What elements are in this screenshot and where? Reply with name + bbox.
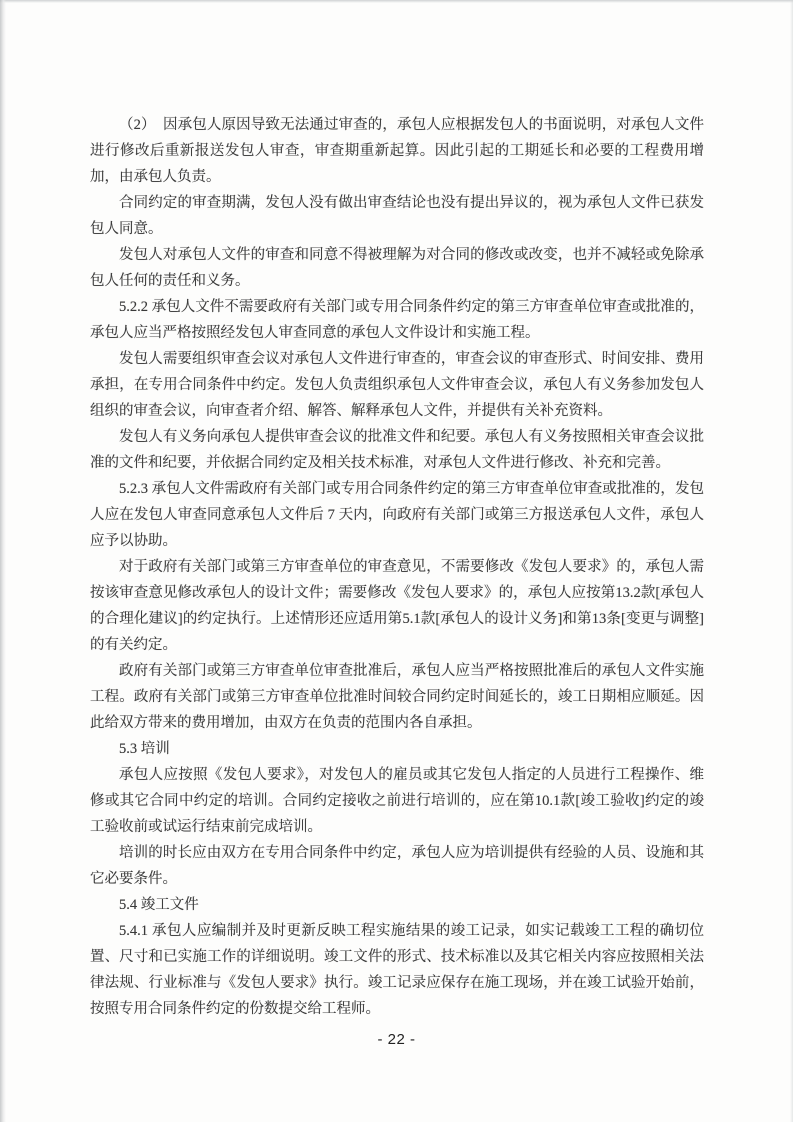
contract-text-block: （2） 因承包人原因导致无法通过审查的，承包人应根据发包人的书面说明，对承包人文… <box>90 112 704 1022</box>
page-footer: - 22 - <box>0 1031 793 1048</box>
page-number: - 22 - <box>377 1031 415 1048</box>
scan-edge-left <box>0 0 6 1122</box>
scanned-contract-page: （2） 因承包人原因导致无法通过审查的，承包人应根据发包人的书面说明，对承包人文… <box>0 0 793 1122</box>
review-meeting-paragraph: 发包人需要组织审查会议对承包人文件进行审查的，审查会议的审查形式、时间安排、费用… <box>90 346 704 424</box>
meeting-minutes-paragraph: 发包人有义务向承包人提供审查会议的批准文件和纪要。承包人有义务按照相关审查会议批… <box>90 424 704 476</box>
review-consent-paragraph: 发包人对承包人文件的审查和同意不得被理解为对合同的修改或改变，也并不减轻或免除承… <box>90 242 704 294</box>
approval-implementation-paragraph: 政府有关部门或第三方审查单位审查批准后，承包人应当严格按照批准后的承包人文件实施… <box>90 658 704 736</box>
scan-edge-top <box>0 0 793 3</box>
clause-2-paragraph: （2） 因承包人原因导致无法通过审查的，承包人应根据发包人的书面说明，对承包人文… <box>90 112 704 190</box>
section-heading-5-4: 5.4 竣工文件 <box>90 892 704 918</box>
training-requirement-paragraph: 承包人应按照《发包人要求》，对发包人的雇员或其它发包人指定的人员进行工程操作、维… <box>90 762 704 840</box>
review-expiry-paragraph: 合同约定的审查期满，发包人没有做出审查结论也没有提出异议的，视为承包人文件已获发… <box>90 190 704 242</box>
clause-5-4-1-paragraph: 5.4.1 承包人应编制并及时更新反映工程实施结果的竣工记录，如实记载竣工工程的… <box>90 918 704 1022</box>
section-heading-5-3: 5.3 培训 <box>90 736 704 762</box>
clause-5-2-3-paragraph: 5.2.3 承包人文件需政府有关部门或专用合同条件约定的第三方审查单位审查或批准… <box>90 476 704 554</box>
review-opinion-paragraph: 对于政府有关部门或第三方审查单位的审查意见，不需要修改《发包人要求》的，承包人需… <box>90 554 704 658</box>
clause-5-2-2-paragraph: 5.2.2 承包人文件不需要政府有关部门或专用合同条件约定的第三方审查单位审查或… <box>90 294 704 346</box>
training-duration-paragraph: 培训的时长应由双方在专用合同条件中约定，承包人应为培训提供有经验的人员、设施和其… <box>90 840 704 892</box>
